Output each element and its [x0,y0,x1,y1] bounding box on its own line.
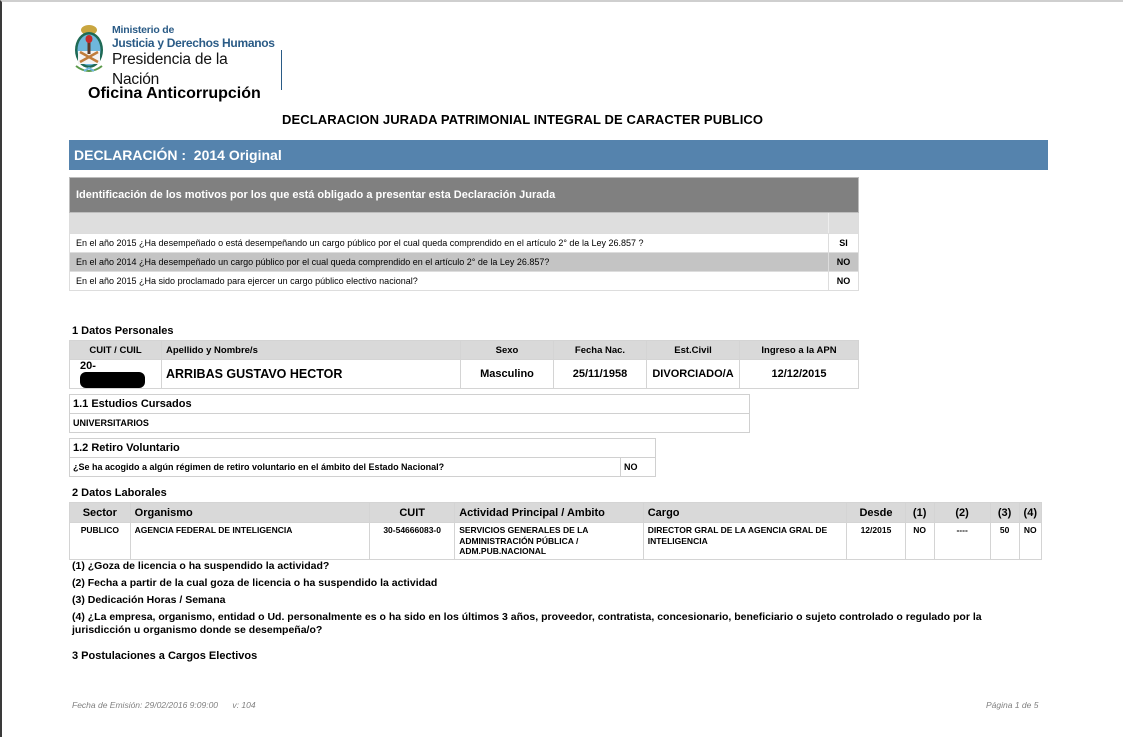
logo-line-1: Ministerio de [112,24,282,36]
col-3: (3) [990,503,1019,523]
declaration-bar: DECLARACIÓN : 2014 Original [69,140,1048,170]
col-sexo: Sexo [461,341,554,360]
col-ingreso-apn: Ingreso a la APN [740,341,859,360]
note-4: (4) ¿La empresa, organismo, entidad o Ud… [72,611,1032,637]
ministry-logo: Ministerio de Justicia y Derechos Humano… [72,22,282,78]
motivo-answer: NO [828,272,858,290]
motivos-header: Identificación de los motivos por los qu… [69,177,859,213]
desde-cell: 12/2015 [847,523,906,560]
document-title: DECLARACION JURADA PATRIMONIAL INTEGRAL … [282,112,763,127]
col-2-cell: ---- [934,523,990,560]
motivo-answer: SI [828,234,858,252]
col-4: (4) [1019,503,1041,523]
motivo-answer: NO [828,253,858,271]
declaration-label: DECLARACIÓN : [74,147,186,163]
page-number: Página 1 de 5 [986,700,1038,710]
note-1: (1) ¿Goza de licencia o ha suspendido la… [72,560,1032,573]
cuit-cell: 30-54666083-0 [370,523,455,560]
logo-line-2: Justicia y Derechos Humanos [112,36,282,50]
cargo-cell: DIRECTOR GRAL DE LA AGENCIA GRAL DE INTE… [643,523,846,560]
office-name: Oficina Anticorrupción [88,85,261,103]
section-title-postulaciones: 3 Postulaciones a Cargos Electivos [72,650,257,662]
footer-left: Fecha de Emisión: 29/02/2016 9:09:00 v: … [72,700,256,710]
col-1-cell: NO [905,523,934,560]
nombre-cell: ARRIBAS GUSTAVO HECTOR [162,360,461,389]
coat-of-arms-icon [72,22,106,76]
emission-date: Fecha de Emisión: 29/02/2016 9:09:00 [72,700,218,710]
estudios-box: 1.1 Estudios Cursados UNIVERSITARIOS [69,394,750,433]
sector-cell: PUBLICO [70,523,131,560]
sexo-cell: Masculino [461,360,554,389]
table-row: 20- ARRIBAS GUSTAVO HECTOR Masculino 25/… [70,360,859,389]
version: v: 104 [232,700,255,710]
organismo-cell: AGENCIA FEDERAL DE INTELIGENCIA [130,523,369,560]
section-title-datos-personales: 1 Datos Personales [72,325,174,337]
col-sector: Sector [70,503,131,523]
col-desde: Desde [847,503,906,523]
actividad-cell: SERVICIOS GENERALES DE LA ADMINISTRACIÓN… [455,523,644,560]
retiro-box: 1.2 Retiro Voluntario ¿Se ha acogido a a… [69,438,656,477]
col-organismo: Organismo [130,503,369,523]
motivos-row: En el año 2015 ¿Ha sido proclamado para … [69,272,859,291]
retiro-title: 1.2 Retiro Voluntario [70,439,655,458]
fecha-nac-cell: 25/11/1958 [554,360,647,389]
retiro-answer: NO [620,458,655,476]
est-civil-cell: DIVORCIADO/A [647,360,740,389]
col-cuit: CUIT [370,503,455,523]
retiro-question: ¿Se ha acogido a algún régimen de retiro… [70,458,620,476]
col-est-civil: Est.Civil [647,341,740,360]
motivos-row: En el año 2015 ¿Ha desempeñado o está de… [69,234,859,253]
declaration-value: 2014 Original [194,147,282,163]
motivos-table: Identificación de los motivos por los qu… [69,177,859,291]
datos-laborales-table: Sector Organismo CUIT Actividad Principa… [69,502,1042,560]
motivos-spacer-row [69,213,859,234]
cuit-cell: 20- [70,360,162,389]
ingreso-apn-cell: 12/12/2015 [740,360,859,389]
col-cargo: Cargo [643,503,846,523]
section-title-datos-laborales: 2 Datos Laborales [72,487,167,499]
note-3: (3) Dedicación Horas / Semana [72,594,1032,607]
col-actividad: Actividad Principal / Ambito [455,503,644,523]
col-1: (1) [905,503,934,523]
note-2: (2) Fecha a partir de la cual goza de li… [72,577,1032,590]
col-cuit: CUIT / CUIL [70,341,162,360]
motivo-question: En el año 2014 ¿Ha desempeñado un cargo … [70,253,828,271]
col-fecha-nac: Fecha Nac. [554,341,647,360]
table-row: PUBLICO AGENCIA FEDERAL DE INTELIGENCIA … [70,523,1042,560]
col-nombre: Apellido y Nombre/s [162,341,461,360]
motivos-row: En el año 2014 ¿Ha desempeñado un cargo … [69,253,859,272]
estudios-value: UNIVERSITARIOS [70,414,749,432]
logo-line-3: Presidencia de la Nación [112,50,282,90]
motivo-question: En el año 2015 ¿Ha desempeñado o está de… [70,234,828,252]
col-4-cell: NO [1019,523,1041,560]
redaction-mark [80,372,145,388]
col-3-cell: 50 [990,523,1019,560]
cuit-prefix: 20- [80,360,96,372]
motivo-question: En el año 2015 ¿Ha sido proclamado para … [70,272,828,290]
estudios-title: 1.1 Estudios Cursados [70,395,749,414]
logo-text: Ministerio de Justicia y Derechos Humano… [112,24,282,90]
col-2: (2) [934,503,990,523]
datos-personales-table: CUIT / CUIL Apellido y Nombre/s Sexo Fec… [69,340,859,389]
column-notes: (1) ¿Goza de licencia o ha suspendido la… [72,560,1032,641]
